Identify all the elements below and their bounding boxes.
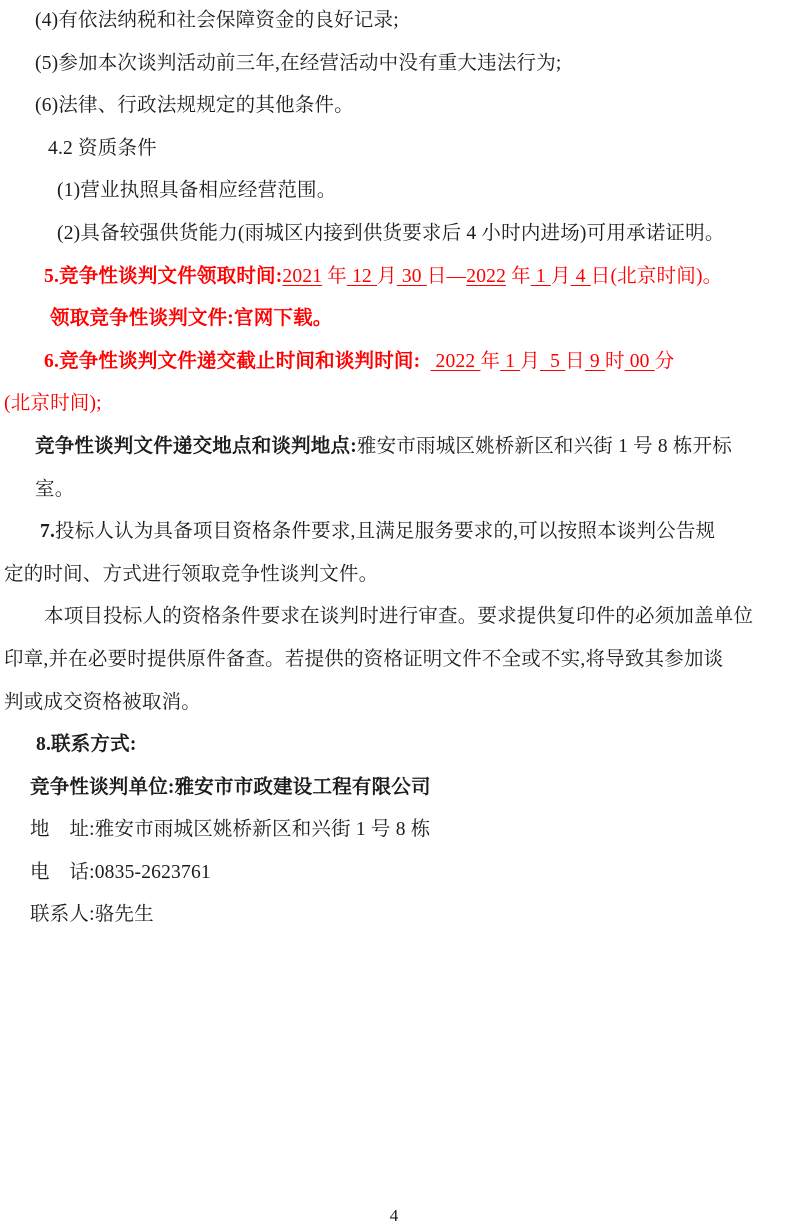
- text-run: 1: [531, 266, 551, 287]
- text-run: 判或成交资格被取消。: [4, 692, 201, 713]
- document-page: (4)有依法纳税和社会保障资金的良好记录;(5)参加本次谈判活动前三年,在经营活…: [0, 0, 800, 1231]
- text-run: (1)营业执照具备相应经营范围。: [57, 180, 336, 201]
- text-run: 月: [520, 351, 540, 372]
- document-body: (4)有依法纳税和社会保障资金的良好记录;(5)参加本次谈判活动前三年,在经营活…: [0, 0, 794, 937]
- document-line: (1)营业执照具备相应经营范围。: [0, 170, 794, 213]
- text-run: (北京时间);: [4, 393, 102, 414]
- text-run: 电 话:0835-2623761: [30, 862, 211, 883]
- document-line: (2)具备较强供货能力(雨城区内接到供货要求后 4 小时内进场)可用承诺证明。: [0, 213, 794, 256]
- text-run: 时: [605, 351, 625, 372]
- text-run: 月: [551, 266, 571, 287]
- text-run: 年: [480, 351, 500, 372]
- text-run: 雅安市雨城区姚桥新区和兴街 1 号 8 栋开标: [357, 436, 732, 457]
- document-line: 定的时间、方式进行领取竞争性谈判文件。: [0, 554, 794, 597]
- text-run: (5)参加本次谈判活动前三年,在经营活动中没有重大违法行为;: [35, 53, 562, 74]
- text-run: 30: [397, 266, 427, 287]
- text-run: 日—: [427, 266, 466, 287]
- text-run: 4: [571, 266, 591, 287]
- text-run: 00: [625, 351, 655, 372]
- document-line: (5)参加本次谈判活动前三年,在经营活动中没有重大违法行为;: [0, 43, 794, 86]
- text-run: (4)有依法纳税和社会保障资金的良好记录;: [35, 10, 399, 31]
- text-run: 1: [500, 351, 520, 372]
- text-run: 5.竞争性谈判文件领取时间:: [44, 266, 282, 287]
- text-run: 日(北京时间)。: [591, 266, 723, 287]
- document-line: (4)有依法纳税和社会保障资金的良好记录;: [0, 0, 794, 43]
- text-run: 定的时间、方式进行领取竞争性谈判文件。: [4, 564, 378, 585]
- text-run: 2022: [466, 266, 506, 287]
- page-number: 4: [0, 1205, 788, 1227]
- text-run: 4.2 资质条件: [48, 138, 157, 159]
- text-run: 5: [540, 351, 565, 372]
- document-line: (北京时间);: [0, 383, 794, 426]
- document-line: 竞争性谈判单位:雅安市市政建设工程有限公司: [0, 767, 794, 810]
- text-run: 年: [322, 266, 347, 287]
- document-line: 5.竞争性谈判文件领取时间:2021 年 12 月 30 日—2022 年 1 …: [0, 256, 794, 299]
- document-line: 地 址:雅安市雨城区姚桥新区和兴街 1 号 8 栋: [0, 809, 794, 852]
- text-run: 领取竞争性谈判文件:官网下载。: [50, 308, 333, 329]
- text-run: 12: [347, 266, 377, 287]
- document-line: 8.联系方式:: [0, 724, 794, 767]
- text-run: 联系人:骆先生: [30, 904, 154, 925]
- text-run: 8.联系方式:: [36, 734, 137, 755]
- text-run: 室。: [35, 479, 74, 500]
- text-run: 地 址:雅安市雨城区姚桥新区和兴街 1 号 8 栋: [30, 819, 430, 840]
- text-run: 印章,并在必要时提供原件备查。若提供的资格证明文件不全或不实,将导致其参加谈: [4, 649, 723, 670]
- text-run: 年: [506, 266, 531, 287]
- text-run: 9: [585, 351, 605, 372]
- document-line: 印章,并在必要时提供原件备查。若提供的资格证明文件不全或不实,将导致其参加谈: [0, 639, 794, 682]
- text-run: 2021: [282, 266, 322, 287]
- text-run: 月: [377, 266, 397, 287]
- document-line: 领取竞争性谈判文件:官网下载。: [0, 298, 794, 341]
- document-line: 联系人:骆先生: [0, 894, 794, 937]
- text-run: 竞争性谈判文件递交地点和谈判地点:: [35, 436, 357, 457]
- text-run: (2)具备较强供货能力(雨城区内接到供货要求后 4 小时内进场)可用承诺证明。: [57, 223, 725, 244]
- document-line: 电 话:0835-2623761: [0, 852, 794, 895]
- text-run: 竞争性谈判单位:雅安市市政建设工程有限公司: [30, 777, 431, 798]
- document-line: 4.2 资质条件: [0, 128, 794, 171]
- document-line: 6.竞争性谈判文件递交截止时间和谈判时间: 2022 年 1 月 5 日 9 时…: [0, 341, 794, 384]
- text-run: [420, 351, 430, 372]
- document-line: 室。: [0, 469, 794, 512]
- text-run: 日: [565, 351, 585, 372]
- document-line: 竞争性谈判文件递交地点和谈判地点:雅安市雨城区姚桥新区和兴街 1 号 8 栋开标: [0, 426, 794, 469]
- text-run: 分: [655, 351, 675, 372]
- text-run: (6)法律、行政法规规定的其他条件。: [35, 95, 354, 116]
- document-line: 判或成交资格被取消。: [0, 682, 794, 725]
- text-run: 2022: [430, 351, 480, 372]
- text-run: 投标人认为具备项目资格条件要求,且满足服务要求的,可以按照本谈判公告规: [55, 521, 715, 542]
- text-run: 7.: [40, 521, 55, 542]
- document-line: (6)法律、行政法规规定的其他条件。: [0, 85, 794, 128]
- document-line: 本项目投标人的资格条件要求在谈判时进行审查。要求提供复印件的必须加盖单位: [0, 596, 794, 639]
- text-run: 本项目投标人的资格条件要求在谈判时进行审查。要求提供复印件的必须加盖单位: [44, 606, 753, 627]
- text-run: 6.竞争性谈判文件递交截止时间和谈判时间:: [44, 351, 420, 372]
- document-line: 7.投标人认为具备项目资格条件要求,且满足服务要求的,可以按照本谈判公告规: [0, 511, 794, 554]
